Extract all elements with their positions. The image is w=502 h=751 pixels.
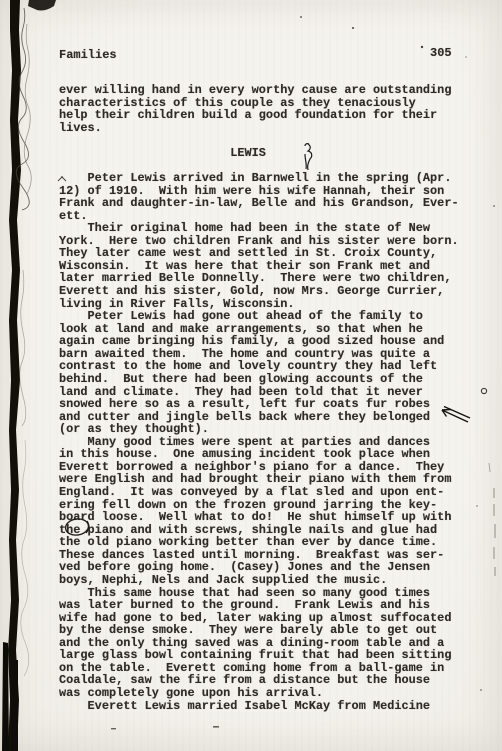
text-line: again came bringing his family, a good s… [59, 335, 459, 348]
scratch-marks4 [21, 440, 29, 676]
header-page-number: 305 [430, 47, 452, 60]
binding-bottom-bar2 [11, 660, 18, 751]
text-line: lives. [59, 122, 459, 135]
document-text: ever willing hand in every worthy cause … [59, 84, 459, 712]
text-line: Frank and daughter-in-law, Belle and his… [59, 197, 459, 210]
text-line: ever willing hand in every worthy cause … [59, 84, 459, 97]
margin-o-mark [481, 388, 486, 393]
text-line: help their children build a good foundat… [59, 109, 459, 122]
scratch-marks2 [24, 24, 31, 194]
text-line: Peter Lewis had gone out ahead of the fa… [59, 310, 459, 323]
binding-bottom-bar [2, 642, 9, 751]
text-line: Their original home had been in the stat… [59, 222, 459, 235]
text-line: Everett and his sister, Gold, now Mrs. G… [59, 285, 459, 298]
text-line: LEWIS [59, 147, 459, 160]
page-edge-dashes [494, 488, 495, 576]
text-line: large glass bowl containing fruit that h… [59, 649, 459, 662]
page-edge-tick [489, 463, 490, 472]
text-line: behind. But there had been glowing accou… [59, 373, 459, 386]
scanned-page: Families 305 ever willing hand in every … [0, 0, 502, 751]
text-line: in this house. One amusing incident took… [59, 448, 459, 461]
text-line: board loose. Well what to do! He shut hi… [59, 511, 459, 524]
text-line [59, 134, 459, 147]
header-section-title: Families [59, 49, 117, 62]
text-line: was later burned to the ground. Frank Le… [59, 599, 459, 612]
text-line: Peter Lewis arrived in Barnwell in the s… [59, 172, 459, 185]
text-line: by the dense smoke. They were barely abl… [59, 624, 459, 637]
binding-bar [8, 0, 21, 751]
text-line: England. It was conveyed by a flat sled … [59, 486, 459, 499]
text-line: (or as they thought). [59, 423, 459, 436]
text-line: They later came west and settled in St. … [59, 247, 459, 260]
text-line: was completely gone upon his arrival. [59, 687, 459, 700]
scratch-marks3 [20, 270, 26, 426]
text-line: Everett Lewis married Isabel McKay from … [59, 700, 459, 713]
text-line: snowed here so as a result, left fur coa… [59, 398, 459, 411]
binding-edge-artifact [0, 0, 60, 751]
text-line: boys, Nephi, Nels and Jack supplied the … [59, 574, 459, 587]
text-line: the old piano working better than ever b… [59, 536, 459, 549]
binding-top-patch [28, 0, 56, 11]
